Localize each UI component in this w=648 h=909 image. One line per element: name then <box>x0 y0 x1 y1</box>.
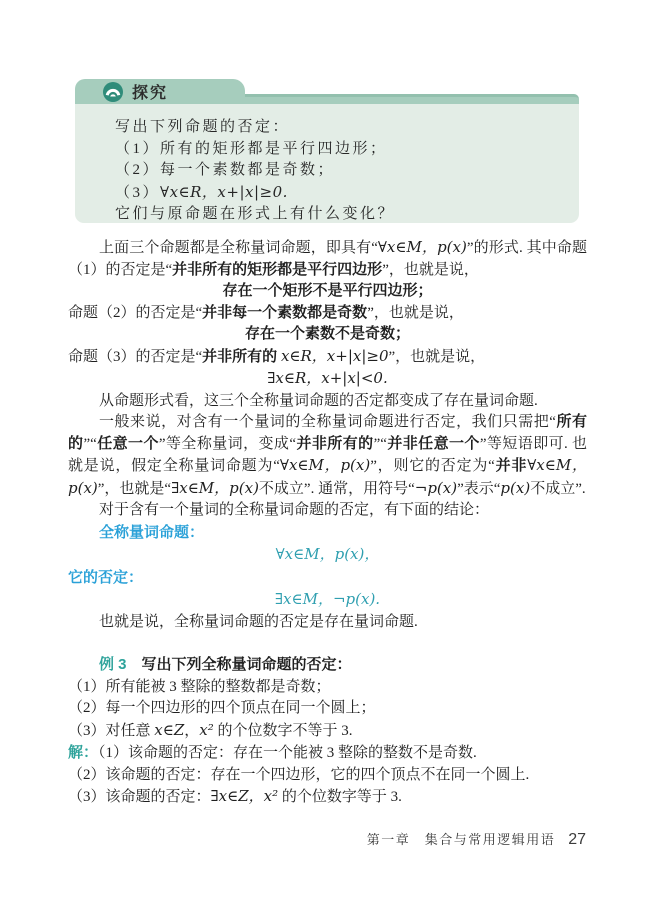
text-segment: 它们与原命题在形式上有什么变化？ <box>115 206 395 222</box>
text-segment: 存在一个矩形不是平行四边形； <box>222 283 432 299</box>
text-segment: 并非所有的 <box>296 436 374 452</box>
text-segment: （1）所有的矩形都是平行四边形； <box>115 141 388 157</box>
chapter-title: 第一章 集合与常用逻辑用语 <box>367 829 556 848</box>
paragraph: （2）该命题的否定：存在一个四边形，它的四个顶点不在同一个圆上. <box>68 765 587 787</box>
main-text: 上面三个命题都是全称量词命题，即具有“∀x∈M，p(x)”的形式. 其中命题（1… <box>68 237 587 809</box>
text-segment: x∈Z <box>154 721 184 739</box>
paragraph: 从命题形式看，这三个全称量词命题的否定都变成了存在量词命题. <box>68 391 587 413</box>
textbook-page: 探究 写出下列命题的否定：（1）所有的矩形都是平行四边形；（2）每一个素数都是奇… <box>0 0 648 909</box>
text-segment: ∀x∈M，p(x)， <box>276 545 380 563</box>
text-segment: 不成立”. <box>530 481 585 497</box>
explore-box: 探究 写出下列命题的否定：（1）所有的矩形都是平行四边形；（2）每一个素数都是奇… <box>75 79 579 223</box>
paragraph: （3）该命题的否定：∃x∈Z，x² 的个位数字等于 3. <box>68 786 587 809</box>
text-segment: ， <box>184 723 199 739</box>
paragraph: 命题（3）的否定是“并非所有的 x∈R，x+|x|≥0”，也就是说， <box>68 346 587 369</box>
text-segment: 命题（3）的否定是“ <box>68 349 202 365</box>
text-segment: 上面三个命题都是全称量词命题，即具有“ <box>99 240 378 256</box>
text-segment: （2）该命题的否定：存在一个四边形，它的四个顶点不在同一个圆上. <box>68 767 529 783</box>
text-segment: ¬p(x) <box>415 479 457 497</box>
text-segment: x² <box>199 721 213 739</box>
text-segment: （2）每一个四边形的四个顶点在同一个圆上； <box>68 700 376 716</box>
text-segment: 任意一个 <box>97 436 159 452</box>
text-segment: ”，也就是说， <box>382 262 479 278</box>
text-segment: ”等全称量词，变成“ <box>159 436 296 452</box>
text-segment: （2）每一个素数都是奇数； <box>115 162 335 178</box>
paragraph: 命题（2）的否定是“并非每一个素数都是奇数”，也就是说， <box>68 303 587 325</box>
paragraph: （3）对任意 x∈Z，x² 的个位数字不等于 3. <box>68 720 587 743</box>
paragraph: （1）所有能被 3 整除的整数都是奇数； <box>68 677 587 699</box>
text-segment: （1）该命题的否定：存在一个能被 3 整除的整数不是奇数. <box>98 745 477 761</box>
text-segment: x∈R，x+|x|≥0 <box>281 347 389 365</box>
explore-box-line: （3）∀x∈R，x+|x|≥0. <box>115 182 561 205</box>
text-segment: 命题（2）的否定是“ <box>68 305 202 321</box>
text-segment: 一般来说，对含有一个量词的全称量词命题进行否定，我们只需把“ <box>99 414 556 430</box>
text-segment: 例 3 <box>99 656 127 673</box>
paragraph: 它的否定： <box>68 567 587 590</box>
paragraph: ∃x∈M，¬p(x). <box>68 589 587 612</box>
explore-box-body: 写出下列命题的否定：（1）所有的矩形都是平行四边形；（2）每一个素数都是奇数；（… <box>75 104 579 223</box>
text-segment: 并非所有的矩形都是平行四边形 <box>172 262 382 278</box>
explore-box-line: 写出下列命题的否定： <box>115 117 561 139</box>
text-segment: 并非 <box>495 458 527 474</box>
text-segment: ”，也就是“ <box>98 481 171 497</box>
text-segment: 也就是说，全称量词命题的否定是存在量词命题. <box>99 614 418 630</box>
page-number: 27 <box>568 831 586 849</box>
text-segment: 写出下列全称量词命题的否定： <box>127 657 352 673</box>
page-footer: 第一章 集合与常用逻辑用语 27 <box>367 829 586 849</box>
text-segment: 的个位数字等于 3. <box>278 789 402 805</box>
text-segment: 解： <box>68 744 98 761</box>
text-segment: 的个位数字不等于 3. <box>214 723 353 739</box>
paragraph: 存在一个矩形不是平行四边形； <box>68 281 587 303</box>
paragraph: 一般来说，对含有一个量词的全称量词命题进行否定，我们只需把“所有的”“任意一个”… <box>68 412 587 500</box>
text-segment: 全称量词命题： <box>99 524 204 541</box>
explore-box-line: 它们与原命题在形式上有什么变化？ <box>115 204 561 226</box>
text-segment: ∃x∈M，p(x) <box>171 479 259 497</box>
text-segment: （1）所有能被 3 整除的整数都是奇数； <box>68 679 331 695</box>
paragraph: （2）每一个四边形的四个顶点在同一个圆上； <box>68 698 587 720</box>
text-segment: 存在一个素数不是奇数； <box>245 326 410 342</box>
text-segment: ”“ <box>83 436 96 452</box>
paragraph: 上面三个命题都是全称量词命题，即具有“∀x∈M，p(x)”的形式. 其中命题（1… <box>68 237 587 281</box>
text-segment: p(x) <box>500 479 530 497</box>
text-segment: 写出下列命题的否定： <box>115 119 290 135</box>
text-segment: 不成立”. 通常，用符号“ <box>259 481 415 497</box>
text-segment: ”“ <box>374 436 387 452</box>
text-segment: ”，也就是说， <box>367 305 464 321</box>
text-segment: ∀x∈M，p(x) <box>378 238 467 256</box>
text-segment: 并非所有的 <box>202 349 277 365</box>
text-segment: ∃x∈R，x+|x|<0. <box>267 369 387 387</box>
text-segment: 从命题形式看，这三个全称量词命题的否定都变成了存在量词命题. <box>99 393 538 409</box>
text-segment: ∃x∈M，¬p(x). <box>275 590 380 608</box>
paragraph: 解：（1）该命题的否定：存在一个能被 3 整除的整数不是奇数. <box>68 742 587 765</box>
text-segment: 并非任意一个 <box>387 436 480 452</box>
explore-box-header-band <box>245 94 579 104</box>
text-segment: 它的否定： <box>68 569 143 586</box>
text-segment: ∀x∈R，x+|x|≥0. <box>160 183 288 201</box>
text-segment: （3）该命题的否定： <box>68 789 211 805</box>
text-segment: ”，也就是说， <box>389 349 486 365</box>
paragraph: 全称量词命题： <box>68 522 587 545</box>
text-segment: ∀x∈M，p(x) <box>280 456 370 474</box>
explore-box-line: （2）每一个素数都是奇数； <box>115 160 561 182</box>
text-segment: ”，则它的否定为“ <box>370 458 495 474</box>
paragraph: 存在一个素数不是奇数； <box>68 324 587 346</box>
text-segment: ∃x∈Z，x² <box>211 787 279 805</box>
explore-box-title: 探究 <box>132 80 168 103</box>
explore-box-line: （1）所有的矩形都是平行四边形； <box>115 139 561 161</box>
text-segment: （3）对任意 <box>68 723 154 739</box>
paragraph: 对于含有一个量词的全称量词命题的否定，有下面的结论： <box>68 500 587 522</box>
text-segment: 并非每一个素数都是奇数 <box>202 305 367 321</box>
paragraph: 也就是说，全称量词命题的否定是存在量词命题. <box>68 612 587 634</box>
text-segment: ”表示“ <box>457 481 500 497</box>
explore-box-tab: 探究 <box>75 79 245 104</box>
paragraph: ∀x∈M，p(x)， <box>68 544 587 567</box>
explore-icon <box>103 82 123 102</box>
paragraph: 例 3 写出下列全称量词命题的否定： <box>68 654 587 677</box>
text-segment: （3） <box>115 185 160 201</box>
paragraph: ∃x∈R，x+|x|<0. <box>68 368 587 391</box>
text-segment: 对于含有一个量词的全称量词命题的否定，有下面的结论： <box>99 502 489 518</box>
